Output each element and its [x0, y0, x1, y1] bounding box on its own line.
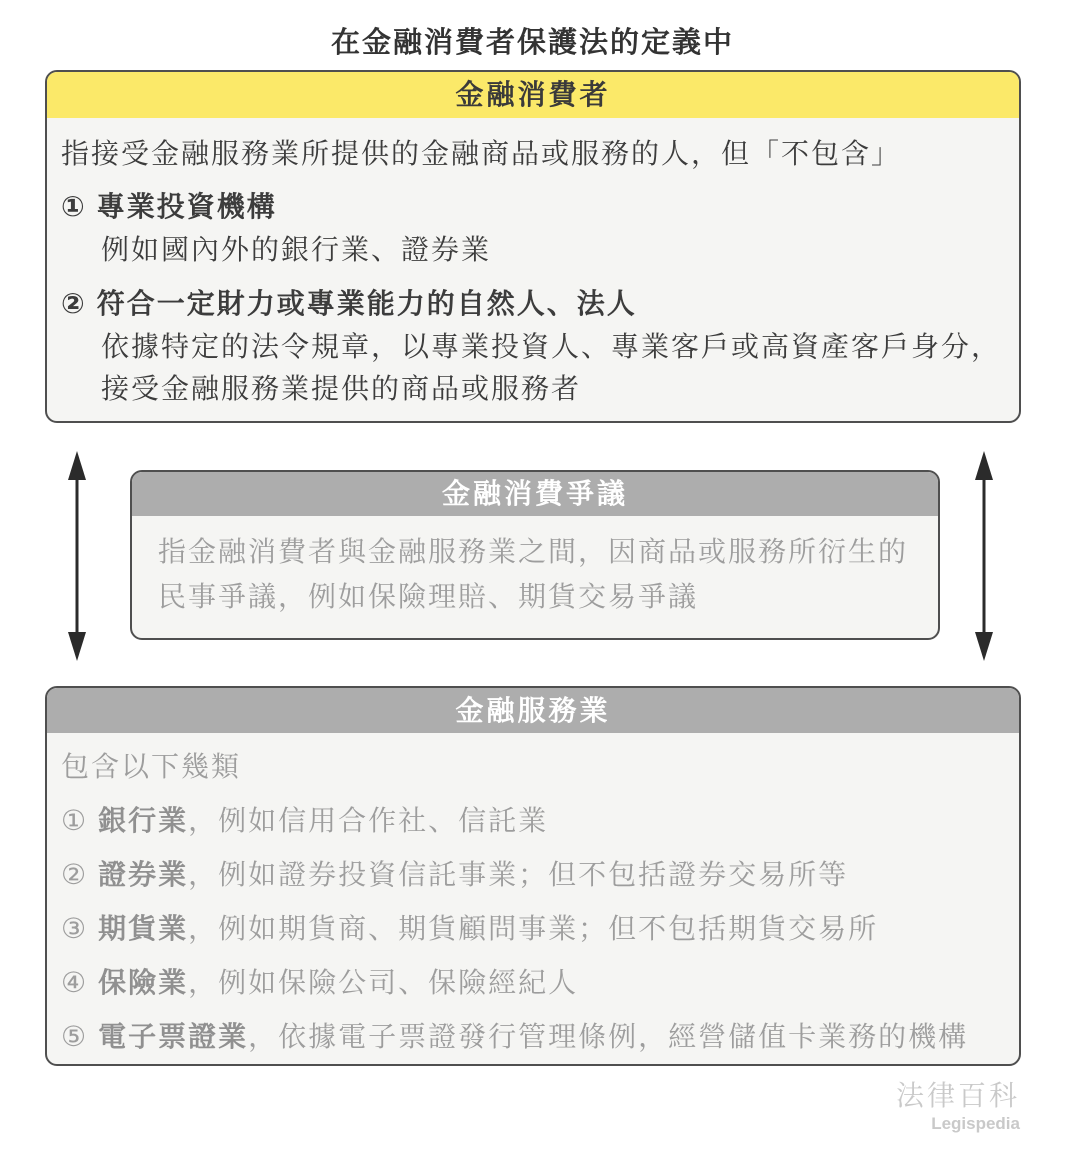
financial-consumer-body: 指接受金融服務業所提供的金融商品或服務的人，但「不包含」 ①專業投資機構 例如國…: [47, 118, 1019, 410]
financial-consumer-header: 金融消費者: [47, 72, 1019, 118]
consumer-item-2: ②符合一定財力或專業能力的自然人、法人: [61, 284, 1005, 324]
services-item-1-label: 銀行業: [98, 805, 188, 836]
financial-dispute-body: 指金融消費者與金融服務業之間，因商品或服務所衍生的民事爭議，例如保險理賠、期貨交…: [132, 516, 938, 619]
services-item-5: ⑤電子票證業，依據電子票證發行管理條例，經營儲值卡業務的機構: [61, 1010, 1005, 1064]
services-item-1: ①銀行業，例如信用合作社、信託業: [61, 794, 1005, 848]
consumer-item-2-title: 符合一定財力或專業能力的自然人、法人: [97, 288, 637, 319]
financial-services-body: 包含以下幾類 ①銀行業，例如信用合作社、信託業 ②證券業，例如證券投資信託事業；…: [47, 733, 1019, 1064]
circled-number-icon: ⑤: [61, 1021, 88, 1052]
services-item-3-label: 期貨業: [98, 913, 188, 944]
circled-number-icon: ④: [61, 967, 88, 998]
services-item-4-label: 保險業: [98, 967, 188, 998]
page-title: 在金融消費者保護法的定義中: [0, 20, 1065, 61]
services-item-2-label: 證券業: [98, 859, 188, 890]
services-item-5-desc: ，依據電子票證發行管理條例，經營儲值卡業務的機構: [248, 1021, 968, 1052]
circled-number-icon: ②: [61, 859, 88, 890]
circled-number-icon: ①: [61, 191, 87, 222]
financial-services-header: 金融服務業: [47, 688, 1019, 733]
logo-text-en: Legispedia: [896, 1113, 1020, 1135]
services-item-2-desc: ，例如證券投資信託事業；但不包括證券交易所等: [188, 859, 848, 890]
financial-dispute-header: 金融消費爭議: [132, 472, 938, 516]
consumer-item-1-desc: 例如國內外的銀行業、證券業: [101, 229, 1005, 271]
services-item-1-desc: ，例如信用合作社、信託業: [188, 805, 548, 836]
legispedia-logo: 法律百科 Legispedia: [896, 1080, 1020, 1135]
consumer-item-1: ①專業投資機構: [61, 187, 1005, 227]
services-item-2: ②證券業，例如證券投資信託事業；但不包括證券交易所等: [61, 848, 1005, 902]
double-headed-arrow-icon: [61, 449, 93, 663]
logo-text-zh: 法律百科: [896, 1080, 1020, 1112]
circled-number-icon: ②: [61, 288, 87, 319]
infographic-canvas: 在金融消費者保護法的定義中 金融消費者 指接受金融服務業所提供的金融商品或服務的…: [0, 0, 1065, 1153]
services-item-4-desc: ，例如保險公司、保險經紀人: [188, 967, 578, 998]
circled-number-icon: ①: [61, 805, 88, 836]
consumer-item-1-title: 專業投資機構: [97, 191, 277, 222]
financial-consumer-box: 金融消費者 指接受金融服務業所提供的金融商品或服務的人，但「不包含」 ①專業投資…: [45, 70, 1021, 423]
financial-dispute-box: 金融消費爭議 指金融消費者與金融服務業之間，因商品或服務所衍生的民事爭議，例如保…: [130, 470, 940, 640]
services-item-4: ④保險業，例如保險公司、保險經紀人: [61, 956, 1005, 1010]
services-item-3-desc: ，例如期貨商、期貨顧問事業；但不包括期貨交易所: [188, 913, 878, 944]
circled-number-icon: ③: [61, 913, 88, 944]
consumer-item-2-desc: 依據特定的法令規章，以專業投資人、專業客戶或高資產客戶身分，接受金融服務業提供的…: [101, 326, 1005, 410]
services-intro-text: 包含以下幾類: [61, 740, 1005, 794]
services-item-3: ③期貨業，例如期貨商、期貨顧問事業；但不包括期貨交易所: [61, 902, 1005, 956]
financial-services-box: 金融服務業 包含以下幾類 ①銀行業，例如信用合作社、信託業 ②證券業，例如證券投…: [45, 686, 1021, 1066]
consumer-intro-text: 指接受金融服務業所提供的金融商品或服務的人，但「不包含」: [61, 134, 1005, 174]
double-headed-arrow-icon: [968, 449, 1000, 663]
services-item-5-label: 電子票證業: [98, 1021, 248, 1052]
